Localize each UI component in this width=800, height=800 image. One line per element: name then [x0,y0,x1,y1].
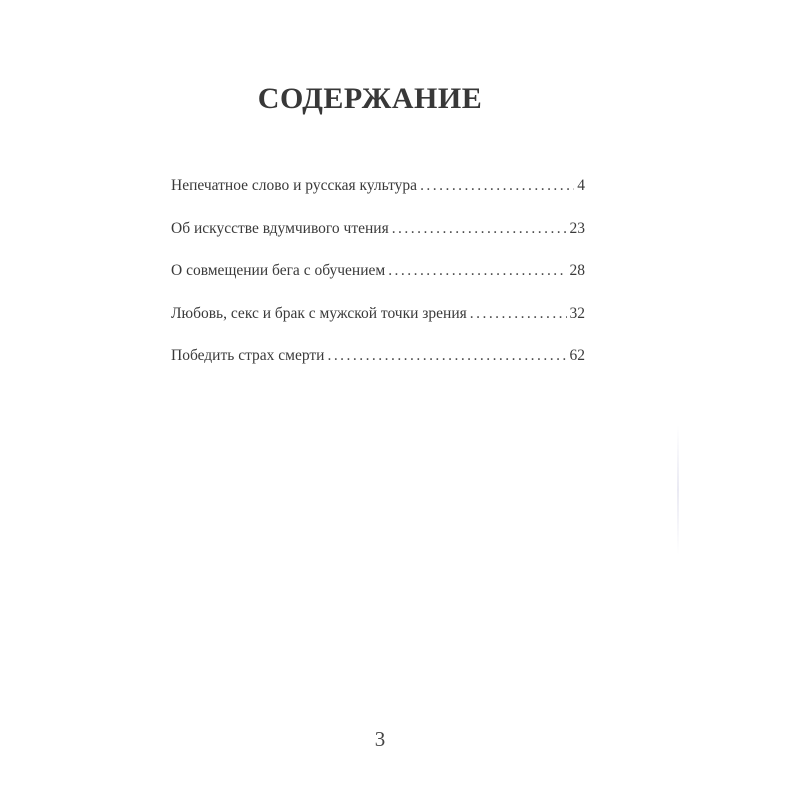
dot-leader [392,218,567,240]
page-edge-shadow [677,425,679,555]
dot-leader [388,260,566,282]
toc-entry-page: 62 [567,345,586,367]
toc-entry[interactable]: Непечатное слово и русская культура 4 [171,175,585,197]
page-number: 3 [0,727,760,752]
toc-entry-title: Об искусстве вдумчивого чтения [171,218,392,240]
toc-entry-page: 4 [574,175,585,197]
toc-entry-page: 28 [567,260,586,282]
dot-leader [470,303,567,325]
toc-entry-title: Победить страх смерти [171,345,327,367]
toc-entry[interactable]: Победить страх смерти 62 [171,345,585,367]
book-page: СОДЕРЖАНИЕ Непечатное слово и русская ку… [0,0,800,800]
table-of-contents-heading: СОДЕРЖАНИЕ [0,82,740,116]
toc-entry[interactable]: Об искусстве вдумчивого чтения 23 [171,218,585,240]
toc-entry[interactable]: О совмещении бега с обучением 28 [171,260,585,282]
toc-entry-title: Непечатное слово и русская культура [171,175,420,197]
toc-entry-page: 32 [567,303,586,325]
table-of-contents-list: Непечатное слово и русская культура 4 Об… [171,175,585,388]
toc-entry-title: Любовь, секс и брак с мужской точки зрен… [171,303,470,325]
dot-leader [327,345,566,367]
dot-leader [420,175,574,197]
toc-entry-title: О совмещении бега с обучением [171,260,388,282]
toc-entry-page: 23 [567,218,586,240]
toc-entry[interactable]: Любовь, секс и брак с мужской точки зрен… [171,303,585,325]
